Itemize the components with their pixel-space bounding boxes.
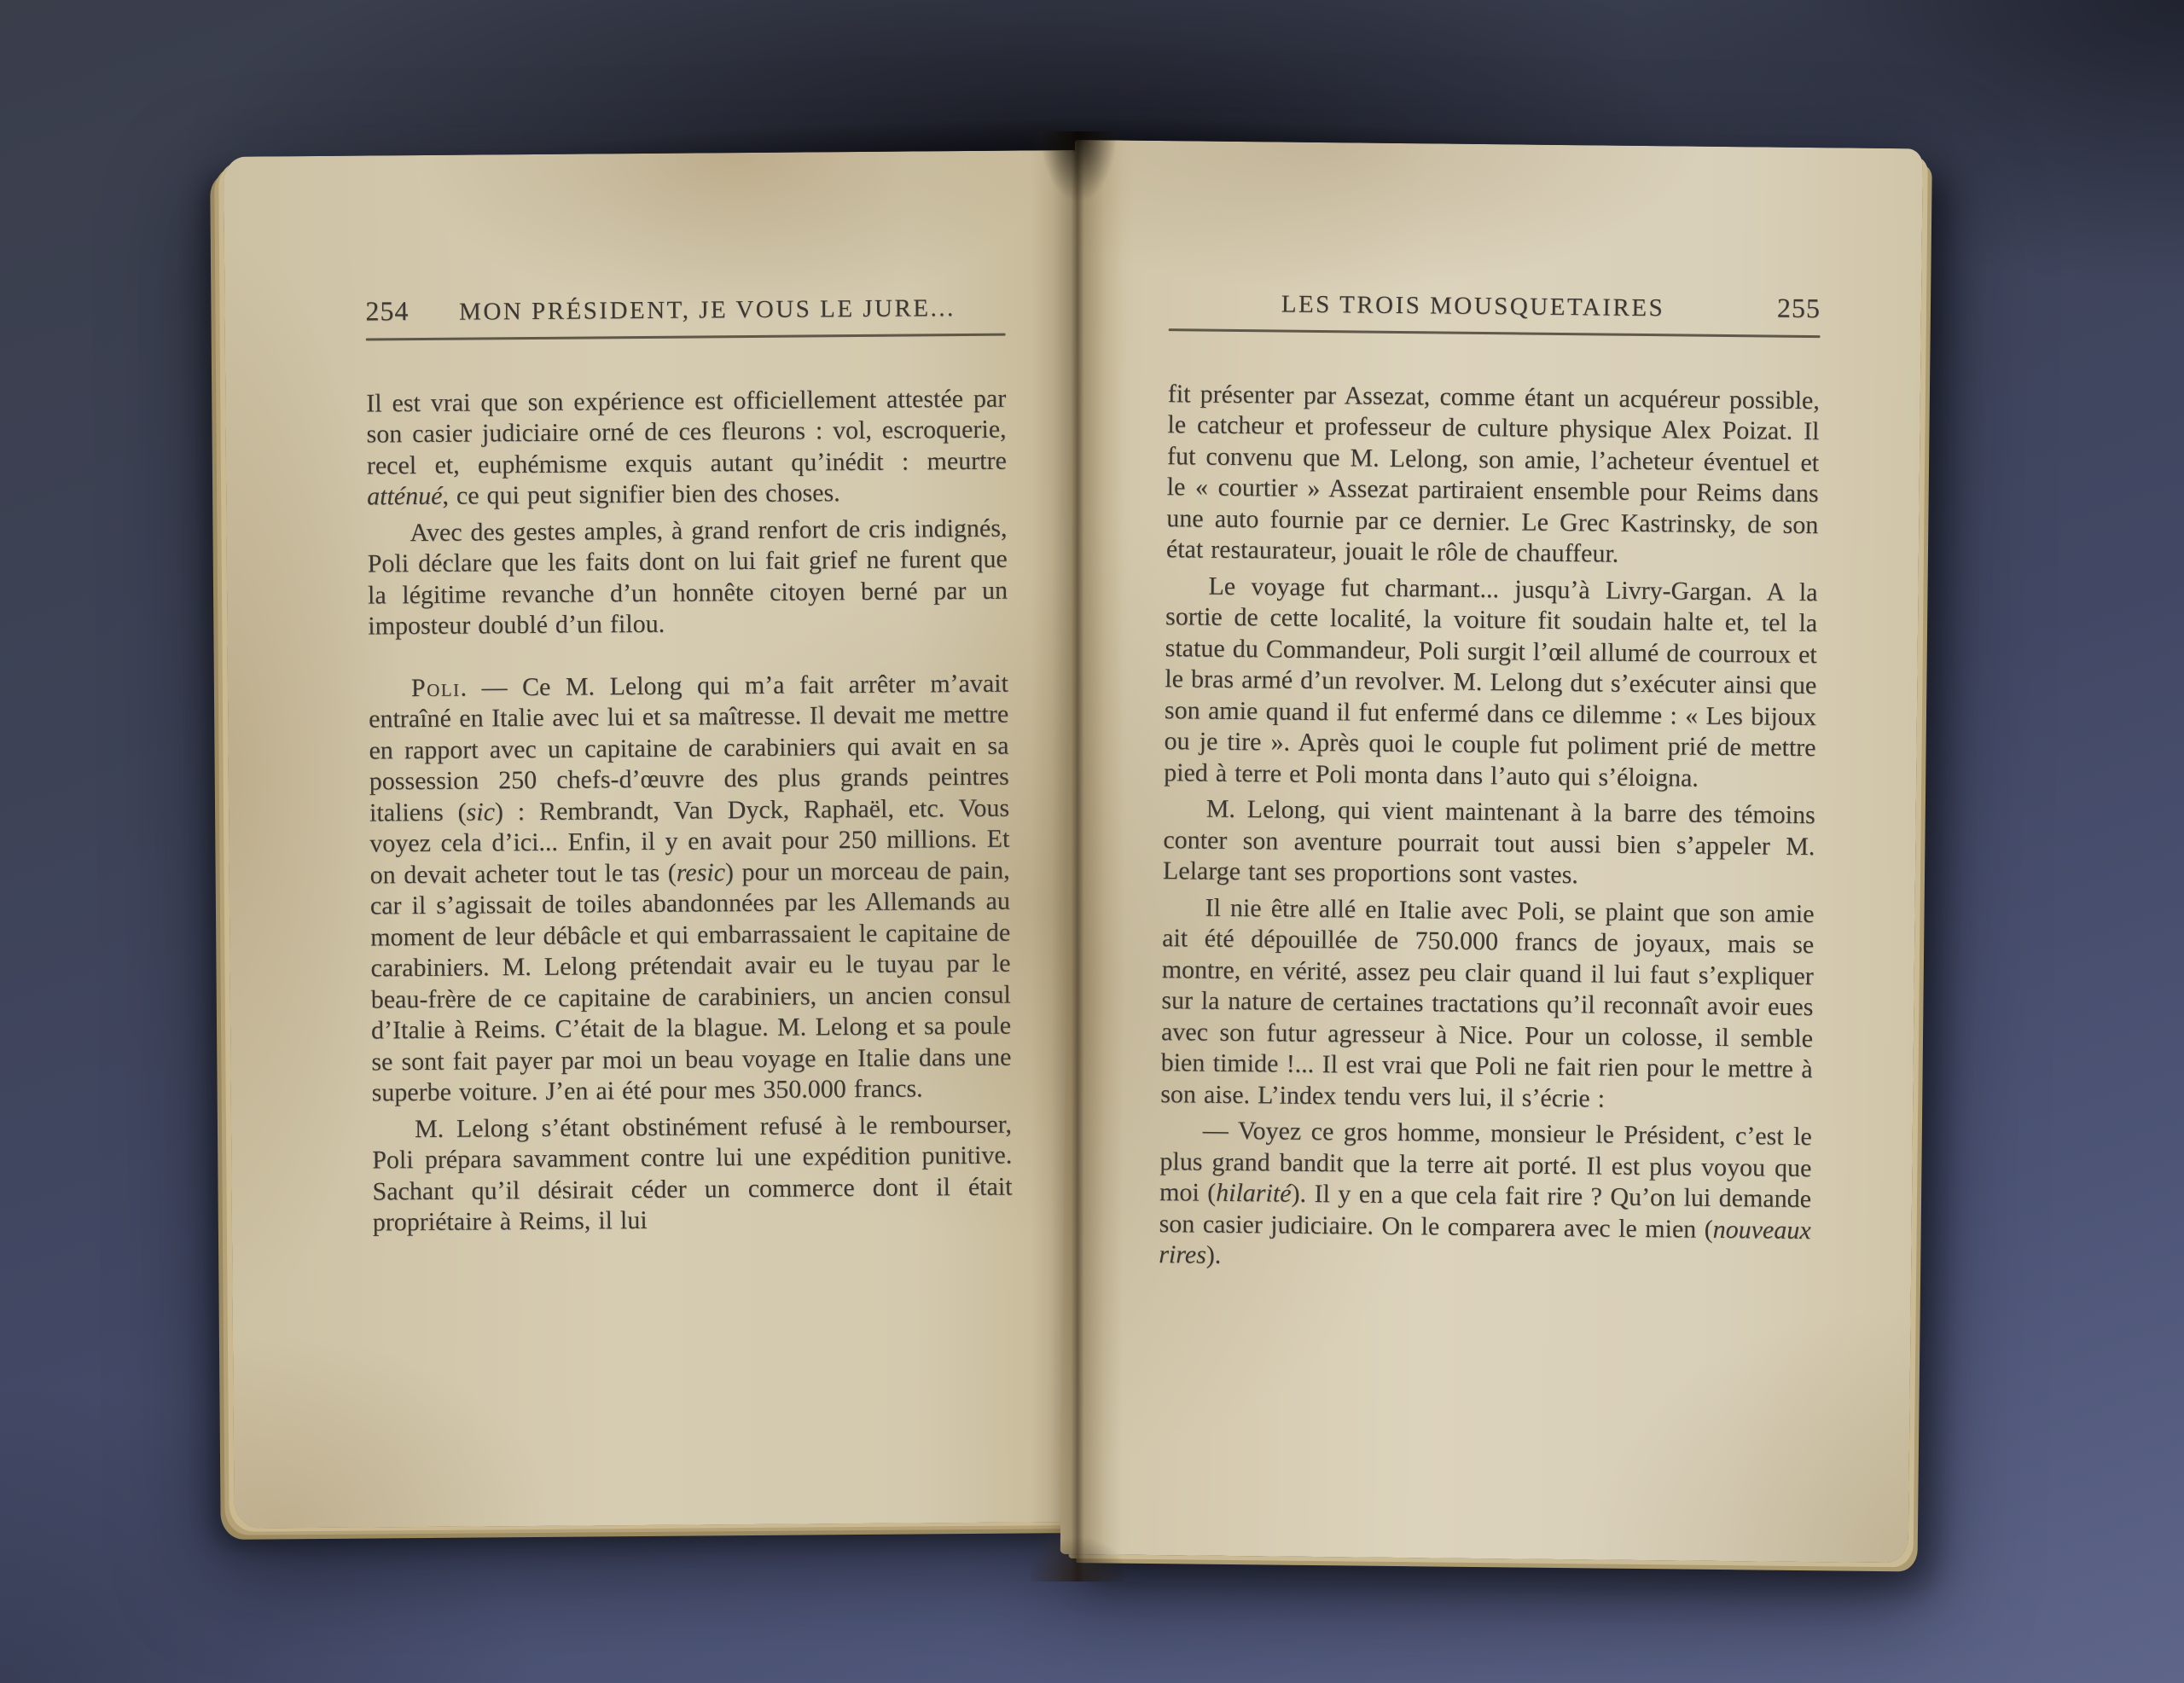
text-segment: M. Lelong s’étant obstinément refusé à l… <box>372 1110 1013 1236</box>
text-segment: Poli <box>411 673 461 701</box>
photo-of-open-book: 254 MON PRÉSIDENT, JE VOUS LE JURE... Il… <box>0 0 2184 1683</box>
text-segment: M. Lelong, qui vient maintenant à la bar… <box>1163 795 1815 890</box>
text-segment: resic <box>677 858 725 886</box>
paragraph: Le voyage fut charmant... jusqu’à Livry-… <box>1164 571 1818 795</box>
paragraph: Avec des gestes amples, à grand renfort … <box>367 513 1008 642</box>
running-title-left: MON PRÉSIDENT, JE VOUS LE JURE... <box>409 294 1005 327</box>
paragraph: Il est vrai que son expérience est offic… <box>366 383 1007 513</box>
text-column-right: fit présenter par Assezat, comme étant u… <box>1159 379 1820 1278</box>
header-rule-left <box>366 334 1006 340</box>
text-segment: ) pour un morceau de pain, car il s’agis… <box>370 856 1012 1106</box>
text-segment: Il est vrai que son expérience est offic… <box>366 384 1007 479</box>
paragraph: — Voyez ce gros homme, monsieur le Prési… <box>1159 1115 1812 1277</box>
text-segment: , ce qui peut signifier bien des choses. <box>442 479 839 510</box>
running-head-left: 254 MON PRÉSIDENT, JE VOUS LE JURE... <box>365 291 1005 328</box>
paragraph: Poli. — Ce M. Lelong qui m’a fait arrête… <box>369 668 1012 1109</box>
text-segment: hilarité <box>1216 1179 1292 1208</box>
text-segment: ). <box>1206 1241 1222 1269</box>
text-segment: fit présenter par Assezat, comme étant u… <box>1166 380 1820 568</box>
text-segment: Avec des gestes amples, à grand renfort … <box>368 514 1008 640</box>
open-book: 254 MON PRÉSIDENT, JE VOUS LE JURE... Il… <box>210 135 1926 1578</box>
page-number-right: 255 <box>1777 293 1821 325</box>
paragraph: Il nie être allé en Italie avec Poli, se… <box>1160 892 1815 1117</box>
header-rule-right <box>1169 328 1821 338</box>
book-page-right: LES TROIS MOUSQUETAIRES 255 fit présente… <box>1060 140 1923 1563</box>
paragraph: fit présenter par Assezat, comme étant u… <box>1166 379 1820 572</box>
text-column-left: Il est vrai que son expérience est offic… <box>366 383 1013 1239</box>
text-segment: sic <box>466 798 495 826</box>
book-page-left: 254 MON PRÉSIDENT, JE VOUS LE JURE... Il… <box>224 150 1086 1529</box>
page-number-left: 254 <box>365 295 409 327</box>
paragraph: M. Lelong, qui vient maintenant à la bar… <box>1163 793 1815 893</box>
text-segment: Il nie être allé en Italie avec Poli, se… <box>1160 893 1815 1112</box>
paragraph: M. Lelong s’étant obstinément refusé à l… <box>372 1109 1013 1239</box>
running-title-right: LES TROIS MOUSQUETAIRES <box>1169 289 1777 323</box>
text-segment: atténué <box>367 482 443 511</box>
running-head-right: LES TROIS MOUSQUETAIRES 255 <box>1169 286 1821 324</box>
text-segment: Le voyage fut charmant... jusqu’à Livry-… <box>1164 572 1818 792</box>
